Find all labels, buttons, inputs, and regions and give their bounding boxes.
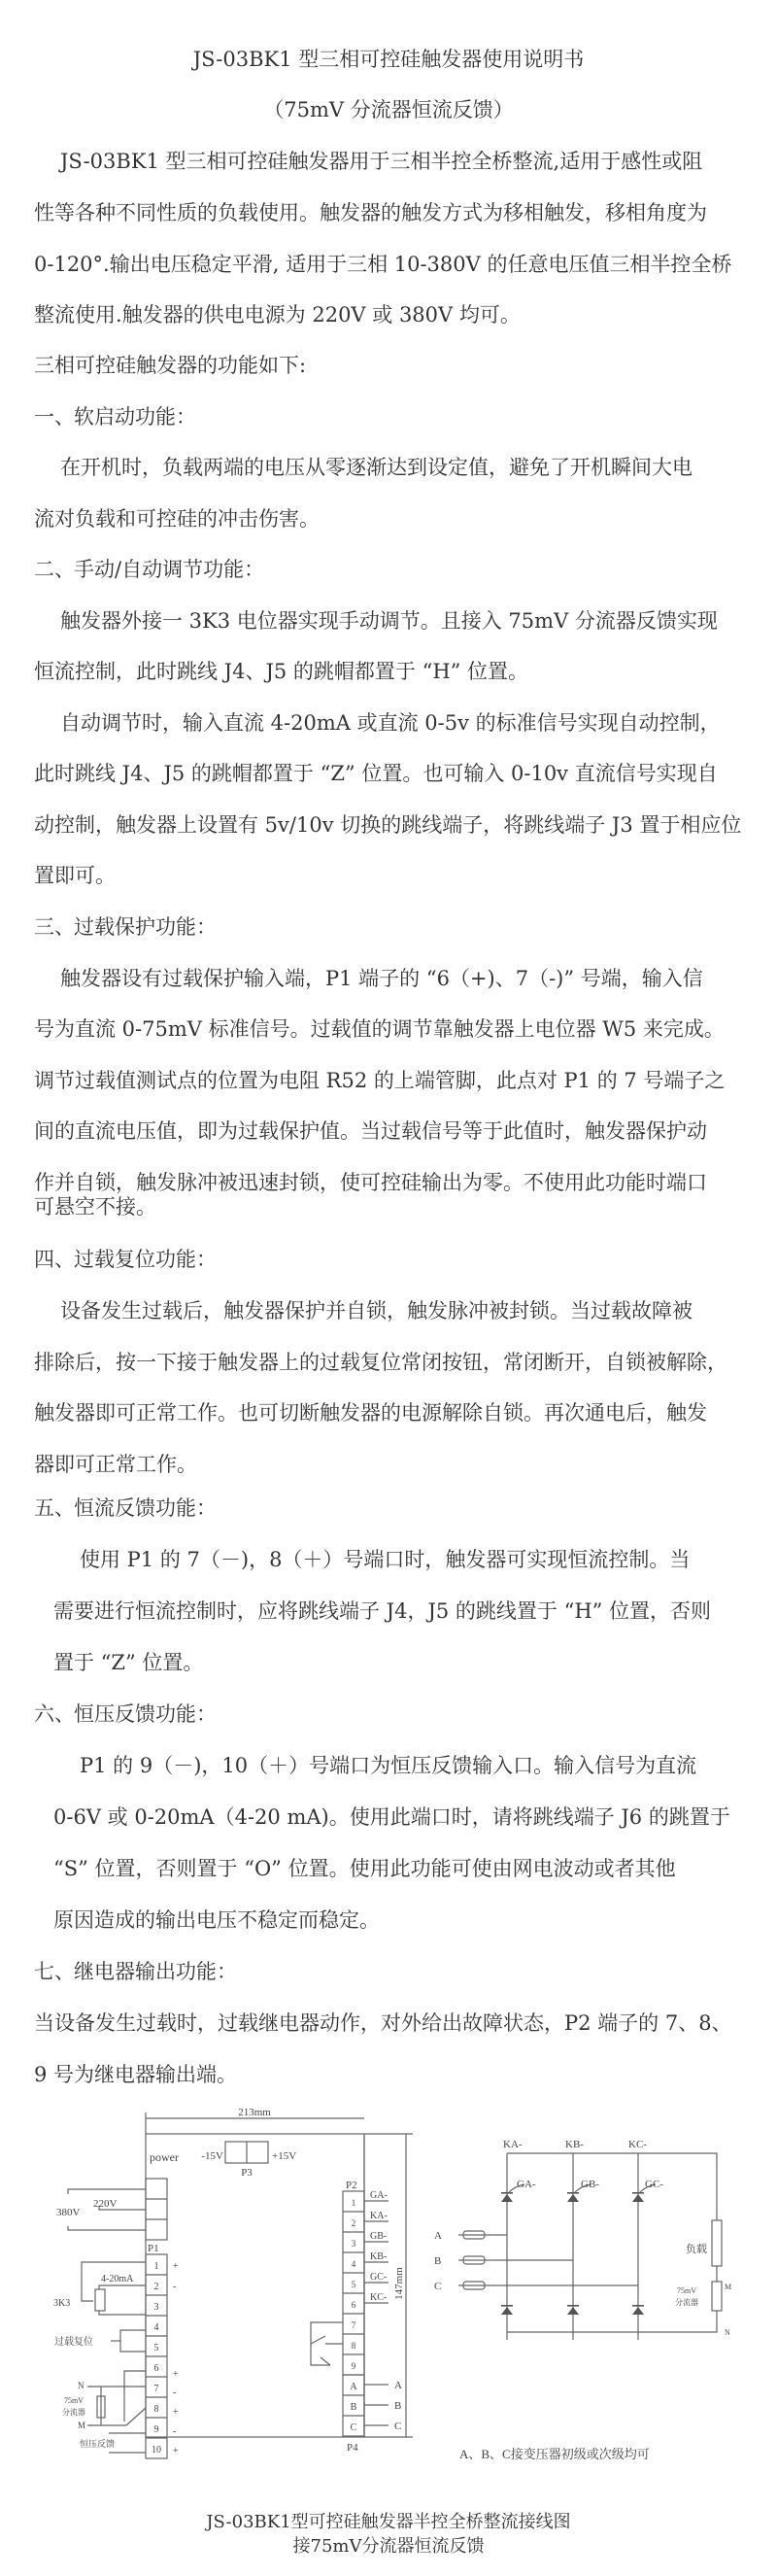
section-text: 此时跳线 J4、J5 的跳帽都置于 “Z” 位置。也可输入 0-10v 直流信号…	[34, 760, 718, 787]
p1-polarity: +	[173, 2369, 179, 2380]
p1-terminal: 5	[154, 2343, 159, 2353]
p1-terminal: 2	[154, 2282, 159, 2292]
intro-line: 0-120°.输出电压稳定平滑, 适用于三相 10-380V 的任意电压值三相半…	[34, 251, 731, 278]
p3-minus-label: -15V	[201, 2150, 223, 2162]
intro-line: JS-03BK1 型三相可控硅触发器用于三相半控全桥整流,适用于感性或阻	[60, 148, 702, 175]
p2-terminal: 3	[352, 2239, 356, 2249]
p4-output: C	[394, 2421, 401, 2432]
p1-terminal: 10	[152, 2445, 161, 2456]
voltage-feedback-label: 恒压反馈	[80, 2438, 115, 2449]
wiring-diagram-svg: 213mm 147mm power -15V +15V P3 220V 380V…	[0, 2099, 777, 2488]
p4-terminal: C	[351, 2422, 357, 2433]
p3-label: P3	[241, 2167, 253, 2179]
p1-terminal: 1	[154, 2261, 159, 2272]
section-number: 五、	[34, 1494, 75, 1522]
p1-terminal: 9	[154, 2424, 159, 2435]
p2-signal: KB-	[370, 2251, 387, 2262]
p3-plus-label: +15V	[272, 2150, 296, 2162]
p2-terminal: 7	[352, 2320, 356, 2330]
section-heading: 恒流反馈功能：	[74, 1494, 217, 1522]
section-number: 四、	[34, 1246, 75, 1273]
p2-terminal: 4	[352, 2259, 356, 2269]
bridge-gate: GC-	[645, 2179, 663, 2190]
document-title: JS-03BK1 型三相可控硅触发器使用说明书	[0, 46, 777, 73]
bridge-shunt-name: 分流器	[675, 2297, 698, 2307]
shunt-name-label: 分流器	[62, 2407, 85, 2417]
load-label: 负载	[686, 2242, 707, 2255]
section-text: 0-6V 或 0-20mA（4-20 mA)。使用此端口时，请将跳线端子 J6 …	[53, 1803, 730, 1831]
bridge-n-label: N	[725, 2328, 730, 2337]
pot-label: 3K3	[53, 2298, 70, 2309]
section-text: 动控制，触发器上设置有 5v/10v 切换的跳线端子，将跳线端子 J3 置于相应…	[34, 811, 741, 839]
section-number: 六、	[34, 1700, 75, 1728]
section-heading: 过载保护功能：	[74, 913, 217, 941]
p4-output: A	[394, 2380, 402, 2391]
p2-terminal: 8	[352, 2341, 356, 2351]
section-text: 使用 P1 的 7（－)，8（＋）号端口时，触发器可实现恒流控制。当	[80, 1546, 690, 1573]
shunt-m-label: M	[78, 2421, 85, 2430]
p4-terminal: A	[350, 2382, 357, 2392]
p1-polarity: +	[173, 2407, 179, 2418]
p4-label: P4	[347, 2442, 358, 2454]
section-text: “S” 位置，否则置于 “O” 位置。使用此功能可使由网电波动或者其他	[53, 1855, 676, 1882]
p2-signal: GC-	[370, 2272, 387, 2283]
p1-terminal: 6	[154, 2363, 159, 2374]
p1-polarity: -	[173, 2282, 176, 2292]
p4-output: B	[394, 2400, 401, 2412]
section-heading: 过载复位功能：	[74, 1246, 217, 1273]
wiring-diagram: 213mm 147mm power -15V +15V P3 220V 380V…	[0, 2099, 777, 2488]
section-text: 原因造成的输出电压不稳定而稳定。	[53, 1906, 380, 1934]
current-input-label: 4-20mA	[101, 2274, 134, 2284]
p1-polarity: +	[173, 2446, 179, 2456]
p2-terminal: 1	[352, 2198, 356, 2208]
supply-380v-label: 380V	[56, 2207, 81, 2218]
section-text: 在开机时，负载两端的电压从零逐渐达到设定值，避免了开机瞬间大电	[60, 454, 693, 481]
height-dimension-label: 147mm	[393, 2267, 405, 2300]
bridge-input: B	[434, 2255, 441, 2267]
section-number: 二、	[34, 556, 75, 583]
section-text: 9 号为继电器输出端。	[34, 2061, 237, 2088]
reset-label: 过载复位	[54, 2335, 93, 2348]
section-number: 三、	[34, 913, 75, 941]
bridge-m-label: M	[725, 2283, 731, 2291]
bridge-cathode: KA-	[503, 2139, 523, 2150]
section-heading: 手动/自动调节功能：	[74, 556, 264, 583]
p2-terminal: 2	[352, 2218, 356, 2228]
section-heading: 继电器输出功能：	[74, 1958, 237, 1985]
p2-signal: GB-	[370, 2231, 387, 2242]
bridge-cathode: KC-	[628, 2139, 647, 2150]
p2-signal: GA-	[370, 2190, 388, 2201]
section-text: 号为直流 0-75mV 标准信号。过载值的调节靠触发器上电位器 W5 来完成。	[34, 1015, 725, 1043]
section-text: 间的直流电压值，即为过载保护值。当过载信号等于此值时，触发器保护动	[34, 1117, 707, 1145]
power-label: power	[150, 2150, 179, 2164]
p1-polarity: +	[173, 2261, 179, 2272]
section-text: 作并自锁，触发脉冲被迅速封锁，使可控硅输出为零。不使用此功能时端口	[34, 1169, 707, 1196]
section-text: 触发器外接一 3K3 电位器实现手动调节。且接入 75mV 分流器反馈实现	[60, 607, 718, 635]
width-dimension-label: 213mm	[238, 2107, 271, 2118]
p2-terminal: 6	[352, 2300, 356, 2310]
section-heading: 软启动功能：	[74, 403, 196, 430]
p2-signal: KC-	[370, 2292, 387, 2303]
p1-label: P1	[148, 2243, 159, 2254]
section-text: 恒流控制，此时跳线 J4、J5 的跳帽都置于 “H” 位置。	[34, 658, 528, 685]
section-text: 置即可。	[34, 862, 116, 889]
section-text: 置于 “Z” 位置。	[53, 1649, 203, 1676]
diagram-caption: JS-03BK1型可控硅触发器半控全桥整流接线图	[0, 2508, 777, 2533]
section-number: 七、	[34, 1958, 75, 1985]
intro-line: 性等各种不同性质的负载使用。触发器的触发方式为移相触发，移相角度为	[34, 199, 707, 226]
section-text: 触发器即可正常工作。也可切断触发器的电源解除自锁。再次通电后，触发	[34, 1399, 707, 1426]
bridge-gate: GA-	[517, 2179, 536, 2190]
section-heading: 恒压反馈功能：	[74, 1700, 217, 1728]
section-text: 设备发生过载后，触发器保护并自锁，触发脉冲被封锁。当过载故障被	[60, 1297, 693, 1324]
bridge-shunt-value: 75mV	[677, 2286, 696, 2295]
p1-polarity: -	[173, 2426, 176, 2437]
p1-polarity: -	[173, 2387, 176, 2398]
section-text: 需要进行恒流控制时，应将跳线端子 J4，J5 的跳线置于 “H” 位置，否则	[53, 1597, 711, 1625]
p1-terminal: 4	[154, 2322, 159, 2333]
bridge-gate: GB-	[581, 2179, 599, 2190]
section-text: 触发器设有过载保护输入端，P1 端子的 “6（+)、7（-)” 号端，输入信	[60, 965, 703, 992]
shunt-value-label: 75mV	[64, 2396, 84, 2405]
bridge-cathode: KB-	[565, 2139, 584, 2150]
section-text: 排除后，按一下接于触发器上的过载复位常闭按钮，常闭断开，自锁被解除，	[34, 1349, 727, 1376]
p1-terminal: 3	[154, 2302, 159, 2313]
p1-terminal: 8	[154, 2404, 159, 2415]
p2-signal: KA-	[370, 2211, 388, 2221]
document-subtitle: （75mV 分流器恒流反馈）	[0, 96, 777, 123]
transformer-note: A、B、C接变压器初级或次级均可	[459, 2447, 650, 2461]
intro-line: 整流使用.触发器的供电电源为 220V 或 380V 均可。	[34, 301, 521, 328]
section-number: 一、	[34, 403, 75, 430]
section-text: 流对负载和可控硅的冲击伤害。	[34, 505, 320, 532]
section-text: 器即可正常工作。	[34, 1451, 197, 1478]
shunt-n-label: N	[78, 2381, 84, 2390]
section-text: 当设备发生过载时，过载继电器动作，对外给出故障状态，P2 端子的 7、8、	[34, 2009, 732, 2037]
p2-terminal: 5	[352, 2280, 356, 2289]
supply-220v-label: 220V	[93, 2198, 118, 2210]
p4-terminal: B	[351, 2402, 357, 2413]
p2-label: P2	[346, 2180, 357, 2191]
p2-terminal: 9	[352, 2361, 356, 2371]
bridge-input: A	[434, 2230, 442, 2242]
bridge-input: C	[434, 2281, 441, 2292]
p1-terminal: 7	[154, 2384, 159, 2394]
section-text: P1 的 9（－)，10（＋）号端口为恒压反馈输入口。输入信号为直流	[80, 1752, 696, 1779]
section-text: 调节过载值测试点的位置为电阻 R52 的上端管脚，此点对 P1 的 7 号端子之	[34, 1067, 725, 1094]
diagram-caption-sub: 接75mV分流器恒流反馈	[0, 2532, 777, 2558]
functions-heading: 三相可控硅触发器的功能如下:	[34, 352, 306, 379]
section-text: 自动调节时，输入直流 4-20mA 或直流 0-5v 的标准信号实现自动控制，	[60, 709, 721, 737]
section-text: 可悬空不接。	[34, 1193, 156, 1220]
